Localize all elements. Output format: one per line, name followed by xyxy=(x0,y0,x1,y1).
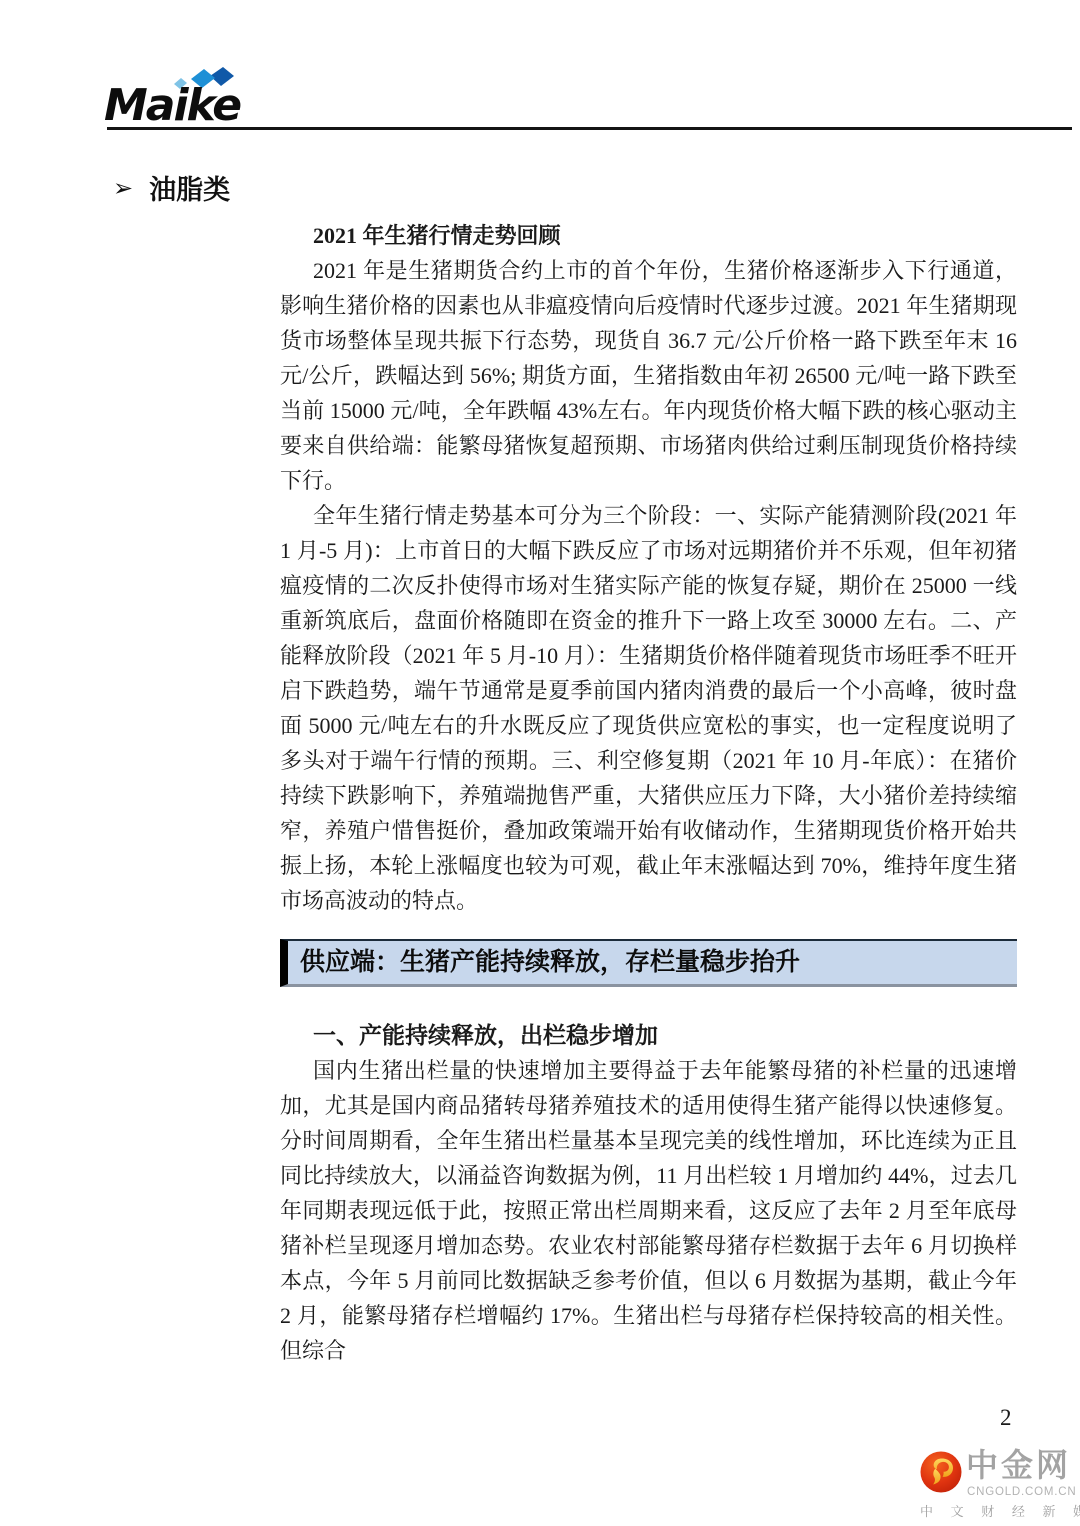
subsection-title: 一、产能持续释放，出栏稳步增加 xyxy=(313,1018,1017,1053)
cngold-watermark: 中金网 CNGOLD.COM.CN 中 文 财 经 新 媒 体 xyxy=(918,1448,1074,1516)
article-title: 2021 年生猪行情走势回顾 xyxy=(313,218,1017,253)
maike-logo: Maike xyxy=(104,66,284,134)
cngold-brand-name: 中金网 xyxy=(966,1446,1071,1484)
page-number: 2 xyxy=(1000,1405,1012,1431)
header-divider xyxy=(107,127,1072,130)
maike-logo-wordmark: Maike xyxy=(104,84,240,128)
cngold-tagline: 中 文 财 经 新 媒 体 xyxy=(920,1501,1080,1520)
cngold-cloud-icon xyxy=(920,1451,962,1493)
paragraph-3: 国内生猪出栏量的快速增加主要得益于去年能繁母猪的补栏量的迅速增加，尤其是国内商品… xyxy=(280,1053,1017,1368)
arrow-bullet-icon: ➢ xyxy=(113,174,133,202)
cngold-domain: CNGOLD.COM.CN xyxy=(967,1486,1076,1498)
report-page: Maike ➢ 油脂类 2021 年生猪行情走势回顾 2021 年是生猪期货合约… xyxy=(0,0,1080,1526)
category-heading: ➢ 油脂类 xyxy=(113,168,230,207)
category-label: 油脂类 xyxy=(149,168,230,207)
section-banner: 供应端：生猪产能持续释放，存栏量稳步抬升 xyxy=(280,939,1017,987)
paragraph-2: 全年生猪行情走势基本可分为三个阶段：一、实际产能猜测阶段(2021 年 1 月-… xyxy=(280,498,1017,918)
paragraph-1: 2021 年是生猪期货合约上市的首个年份，生猪价格逐渐步入下行通道，影响生猪价格… xyxy=(280,253,1017,498)
section-banner-text: 供应端：生猪产能持续释放，存栏量稳步抬升 xyxy=(300,949,800,976)
article-body: 2021 年生猪行情走势回顾 2021 年是生猪期货合约上市的首个年份，生猪价格… xyxy=(280,218,1017,1368)
